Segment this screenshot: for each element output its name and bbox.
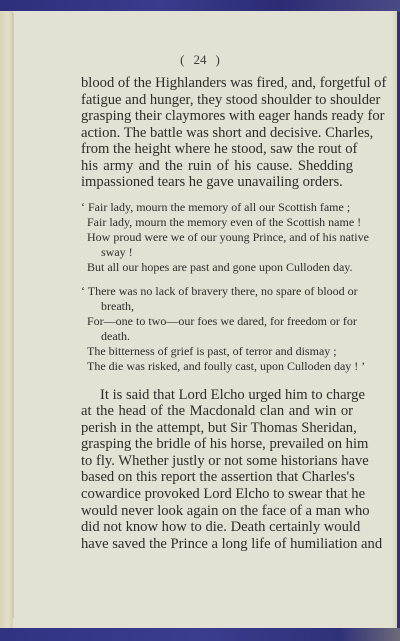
text-line: did not know how to die. Death certainly… [81,519,353,536]
paragraph-1: blood of the Highlanders was fired, and,… [81,75,353,191]
page-right-edge [391,11,397,628]
poem-stanza-1: ‘ Fair lady, mourn the memory of all our… [81,200,353,275]
verse-line: ‘ Fair lady, mourn the memory of all our… [81,200,353,215]
verse-line: The die was risked, and foully cast, upo… [81,359,353,374]
text-line: from the height where he stood, saw the … [81,141,353,158]
poem-quotation: ‘ Fair lady, mourn the memory of all our… [81,200,353,374]
text-line: to fly. Whether justly or not some histo… [81,453,353,470]
text-line: perish in the attempt, but Sir Thomas Sh… [81,420,353,437]
text-line: his army and the ruin of his cause. Shed… [81,158,353,175]
page-number-open-paren: ( [180,52,184,68]
page-number-close-paren: ) [216,52,220,68]
verse-line-continuation: breath, [81,299,353,314]
verse-line: But all our hopes are past and gone upon… [81,260,353,275]
verse-line-continuation: sway ! [81,245,353,260]
text-line: fatigue and hunger, they stood shoulder … [81,92,353,109]
verse-line: ‘ There was no lack of bravery there, no… [81,284,353,299]
book-cover-bottom-edge [0,628,400,641]
text-line: would never look again on the face of a … [81,503,353,520]
paragraph-2: It is said that Lord Elcho urged him to … [81,387,353,553]
text-line: cowardice provoked Lord Elcho to swear t… [81,486,353,503]
page-number-value: 24 [194,52,207,67]
text-line: impassioned tears he gave unavailing ord… [81,174,353,191]
page-body: blood of the Highlanders was fired, and,… [81,75,353,552]
text-line: based on this report the assertion that … [81,469,353,486]
text-line: at the head of the Macdonald clan and wi… [81,403,353,420]
text-line: blood of the Highlanders was fired, and,… [81,75,353,92]
text-line: have saved the Prince a long life of hum… [81,536,353,553]
page-number: (24) [0,52,400,68]
text-line: action. The battle was short and decisiv… [81,125,353,142]
text-line: It is said that Lord Elcho urged him to … [81,387,353,404]
poem-stanza-2: ‘ There was no lack of bravery there, no… [81,284,353,374]
verse-line: Fair lady, mourn the memory even of the … [81,215,353,230]
verse-line: For—one to two—our foes we dared, for fr… [81,314,353,329]
text-line: grasping the bridle of his horse, prevai… [81,436,353,453]
text-line: grasping their claymores with eager hand… [81,108,353,125]
gutter-fold-line [12,13,14,618]
verse-line-continuation: death. [81,329,353,344]
verse-line: How proud were we of our young Prince, a… [81,230,353,245]
verse-line: The bitterness of grief is past, of terr… [81,344,353,359]
